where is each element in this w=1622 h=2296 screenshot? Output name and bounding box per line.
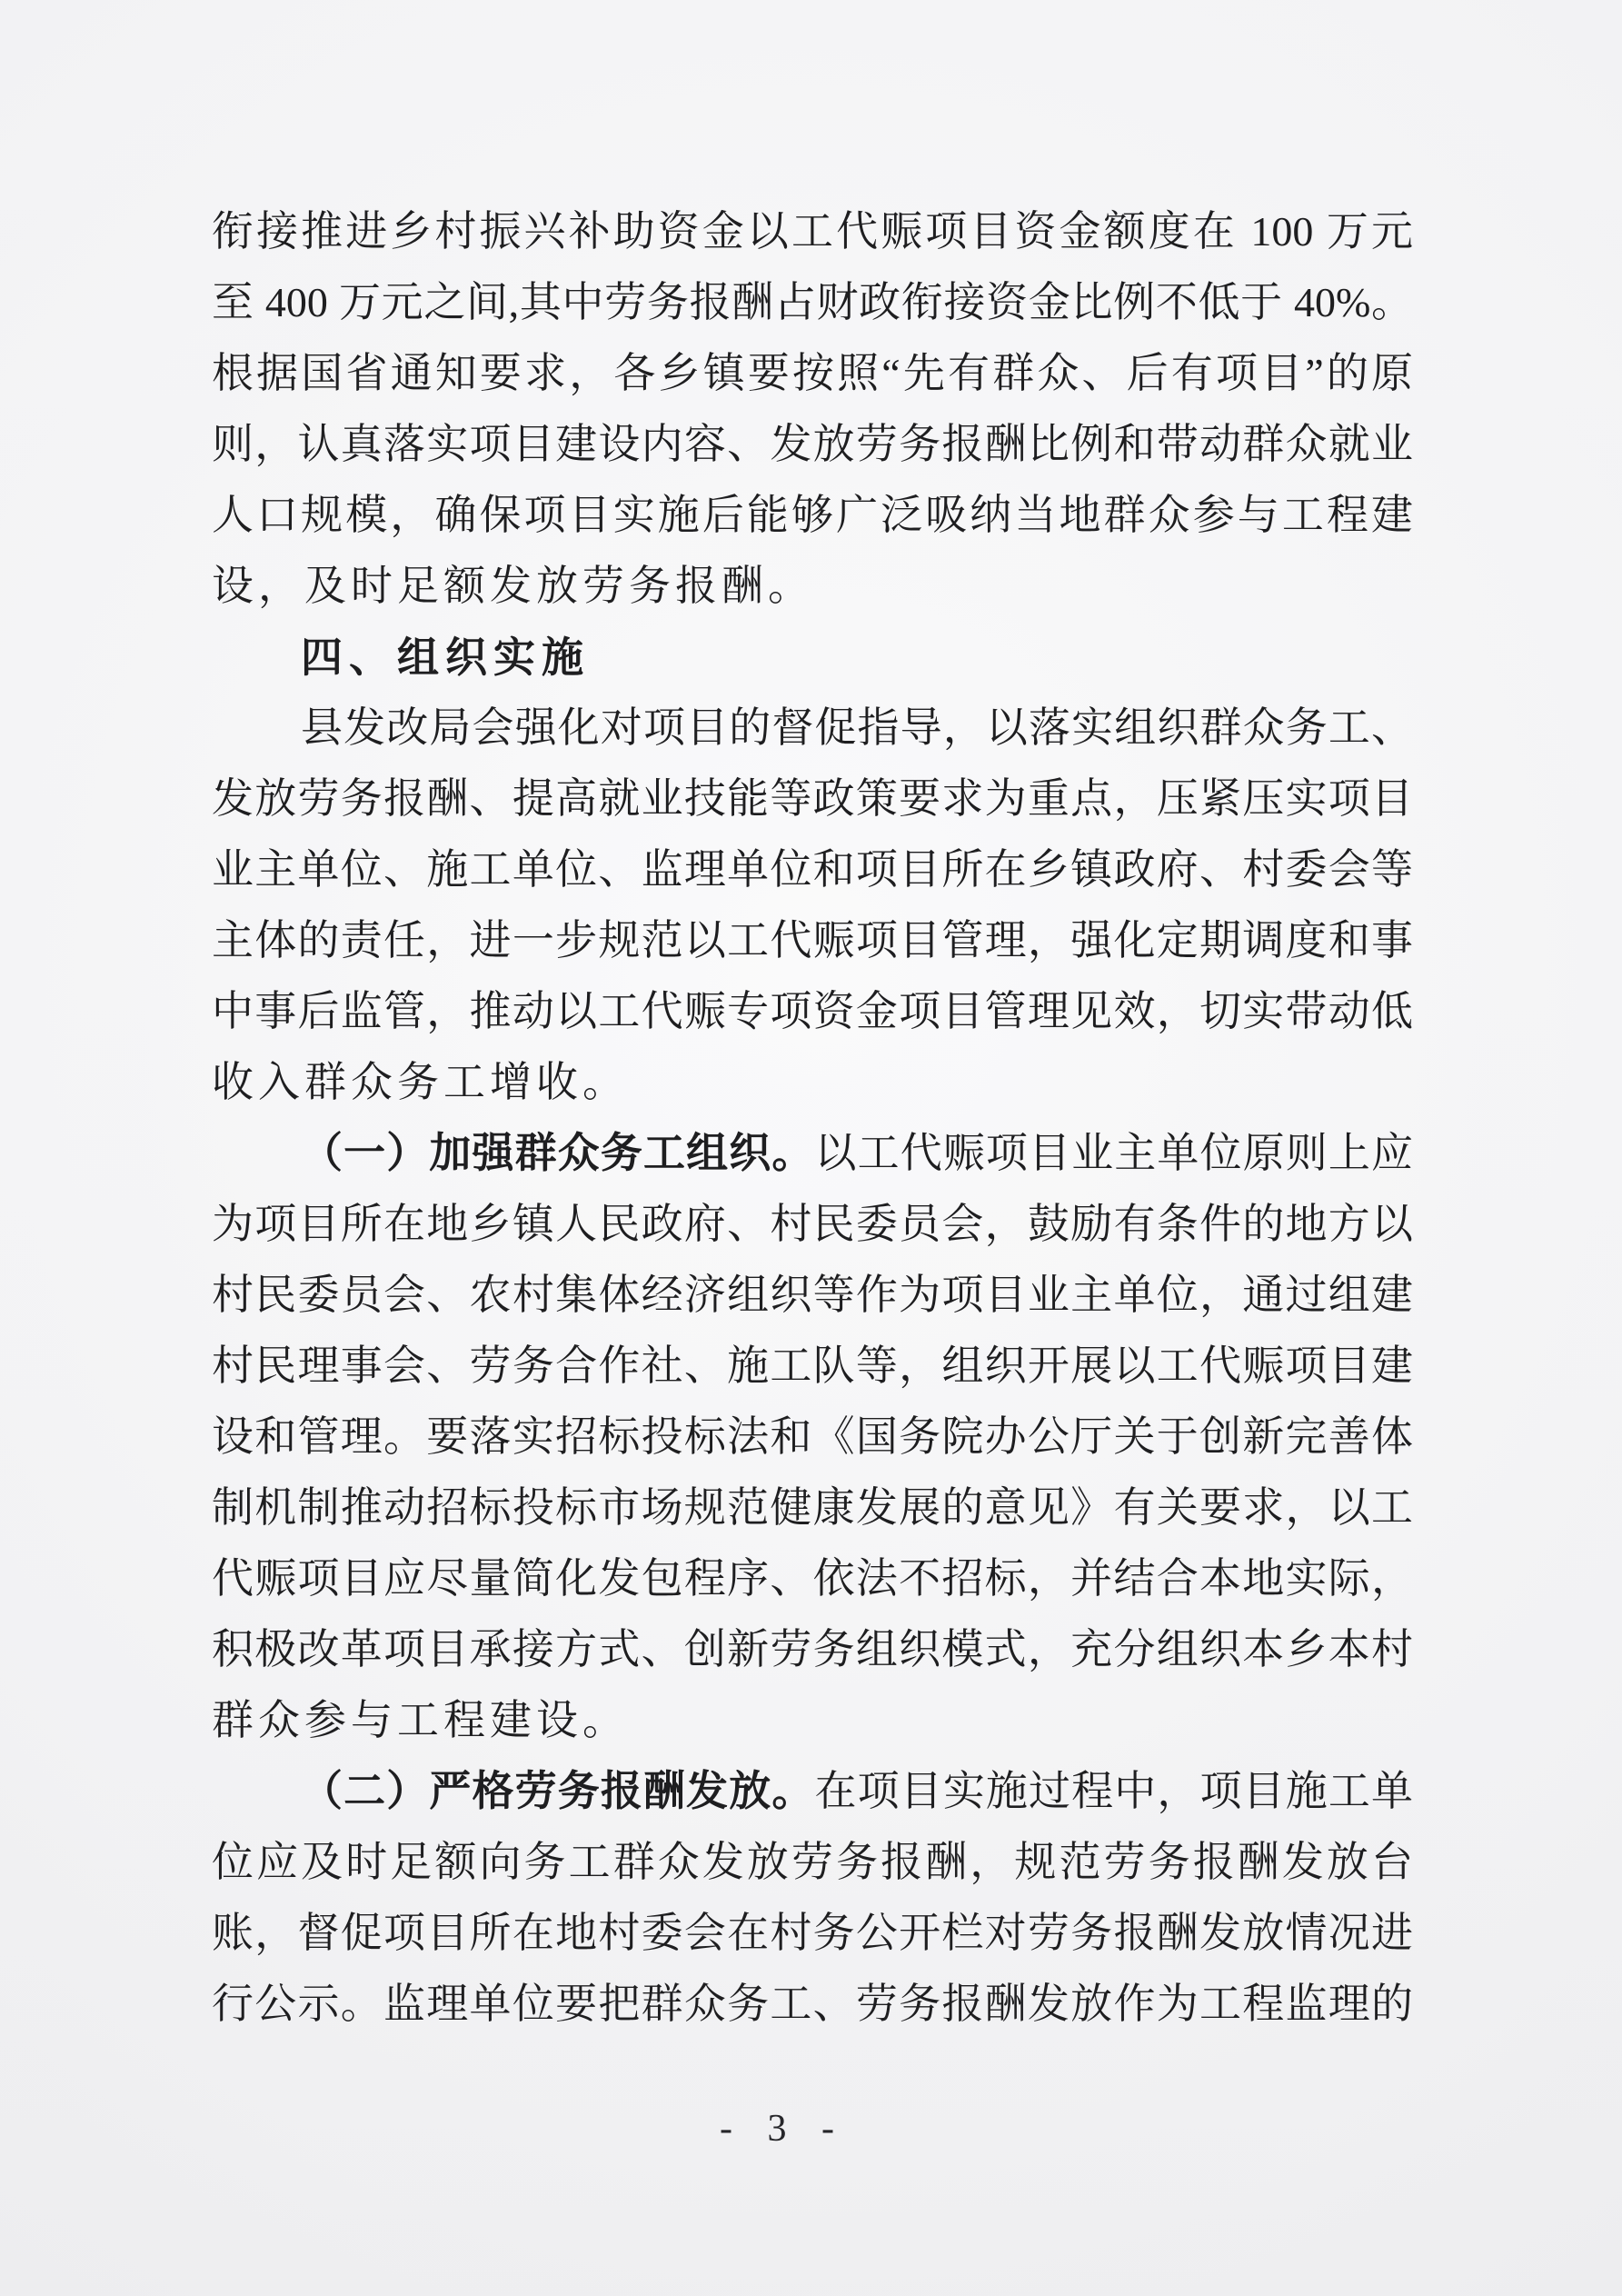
line-text: 中事后监管，推动以工代赈专项资金项目管理见效，切实带动低 bbox=[212, 988, 1413, 1034]
text-line: 代赈项目应尽量简化发包程序、依法不招标，并结合本地实际， bbox=[212, 1543, 1413, 1614]
line-text: 积极改革项目承接方式、创新劳务组织模式，充分组织本乡本村 bbox=[212, 1626, 1413, 1672]
text-line: （二）严格劳务报酬发放。在项目实施过程中，项目施工单 bbox=[212, 1756, 1413, 1827]
line-text: 位应及时足额向务工群众发放劳务报酬，规范劳务报酬发放台 bbox=[212, 1839, 1413, 1885]
line-text: 业主单位、施工单位、监理单位和项目所在乡镇政府、村委会等 bbox=[212, 846, 1413, 893]
line-text: 根据国省通知要求，各乡镇要按照“先有群众、后有项目”的原 bbox=[212, 350, 1413, 396]
text-line: 设和管理。要落实招标投标法和《国务院办公厅关于创新完善体 bbox=[212, 1402, 1413, 1472]
text-line: 账，督促项目所在地村委会在村务公开栏对劳务报酬发放情况进 bbox=[212, 1898, 1413, 1969]
line-text: 设，及时足额发放劳务报酬。 bbox=[212, 563, 814, 609]
text-line: 业主单位、施工单位、监理单位和项目所在乡镇政府、村委会等 bbox=[212, 834, 1413, 905]
text-line: 根据国省通知要求，各乡镇要按照“先有群众、后有项目”的原 bbox=[212, 338, 1413, 409]
line-text: 主体的责任，进一步规范以工代赈项目管理，强化定期调度和事 bbox=[212, 917, 1413, 963]
bold-lead-text: （二）严格劳务报酬发放。 bbox=[301, 1768, 814, 1814]
line-text: 账，督促项目所在地村委会在村务公开栏对劳务报酬发放情况进 bbox=[212, 1910, 1413, 1956]
text-line: 制机制推动招标投标市场规范健康发展的意见》有关要求，以工 bbox=[212, 1472, 1413, 1543]
text-line: 则，认真落实项目建设内容、发放劳务报酬比例和带动群众就业 bbox=[212, 409, 1413, 480]
text-line: 为项目所在地乡镇人民政府、村民委员会，鼓励有条件的地方以 bbox=[212, 1189, 1413, 1260]
line-text: 群众参与工程建设。 bbox=[212, 1697, 629, 1743]
line-text: 行公示。监理单位要把群众务工、劳务报酬发放作为工程监理的 bbox=[212, 1981, 1413, 2027]
line-text: 衔接推进乡村振兴补助资金以工代赈项目资金额度在 100 万元 bbox=[212, 208, 1413, 255]
line-text: 人口规模，确保项目实施后能够广泛吸纳当地群众参与工程建 bbox=[212, 492, 1413, 538]
text-line: 发放劳务报酬、提高就业技能等政策要求为重点，压紧压实项目 bbox=[212, 764, 1413, 834]
line-text: 县发改局会强化对项目的督促指导，以落实组织群众务工、 bbox=[301, 704, 1413, 751]
document-body: 衔接推进乡村振兴补助资金以工代赈项目资金额度在 100 万元至 400 万元之间… bbox=[212, 196, 1413, 2040]
document-page: 衔接推进乡村振兴补助资金以工代赈项目资金额度在 100 万元至 400 万元之间… bbox=[0, 0, 1622, 2296]
line-text: 代赈项目应尽量简化发包程序、依法不招标，并结合本地实际， bbox=[212, 1555, 1413, 1602]
text-line: 主体的责任，进一步规范以工代赈项目管理，强化定期调度和事 bbox=[212, 905, 1413, 976]
line-text: 发放劳务报酬、提高就业技能等政策要求为重点，压紧压实项目 bbox=[212, 775, 1413, 822]
line-text: 村民理事会、劳务合作社、施工队等，组织开展以工代赈项目建 bbox=[212, 1343, 1413, 1389]
line-text: 至 400 万元之间,其中劳务报酬占财政衔接资金比例不低于 40%。 bbox=[212, 279, 1413, 325]
text-line: 位应及时足额向务工群众发放劳务报酬，规范劳务报酬发放台 bbox=[212, 1827, 1413, 1898]
line-text: 村民委员会、农村集体经济组织等作为项目业主单位，通过组建 bbox=[212, 1272, 1413, 1318]
line-text: 在项目实施过程中，项目施工单 bbox=[814, 1768, 1413, 1814]
bold-lead-text: （一）加强群众务工组织。 bbox=[301, 1130, 814, 1176]
text-line: 群众参与工程建设。 bbox=[212, 1685, 1413, 1756]
line-text: 收入群众务工增收。 bbox=[212, 1059, 629, 1105]
line-text: 设和管理。要落实招标投标法和《国务院办公厅关于创新完善体 bbox=[212, 1413, 1413, 1460]
section-heading: 四、组织实施 bbox=[301, 634, 590, 681]
line-text: 以工代赈项目业主单位原则上应 bbox=[814, 1130, 1413, 1176]
line-text: 为项目所在地乡镇人民政府、村民委员会，鼓励有条件的地方以 bbox=[212, 1201, 1413, 1247]
text-line: 人口规模，确保项目实施后能够广泛吸纳当地群众参与工程建 bbox=[212, 480, 1413, 551]
text-line: 县发改局会强化对项目的督促指导，以落实组织群众务工、 bbox=[212, 693, 1413, 764]
text-line: 积极改革项目承接方式、创新劳务组织模式，充分组织本乡本村 bbox=[212, 1614, 1413, 1685]
text-line: 行公示。监理单位要把群众务工、劳务报酬发放作为工程监理的 bbox=[212, 1969, 1413, 2040]
line-text: 制机制推动招标投标市场规范健康发展的意见》有关要求，以工 bbox=[212, 1484, 1413, 1531]
line-text: 则，认真落实项目建设内容、发放劳务报酬比例和带动群众就业 bbox=[212, 421, 1413, 467]
page-number: - 3 - bbox=[212, 2101, 1355, 2156]
text-line: （一）加强群众务工组织。以工代赈项目业主单位原则上应 bbox=[212, 1118, 1413, 1189]
text-line: 村民委员会、农村集体经济组织等作为项目业主单位，通过组建 bbox=[212, 1260, 1413, 1331]
text-line: 设，及时足额发放劳务报酬。 bbox=[212, 551, 1413, 622]
text-line: 收入群众务工增收。 bbox=[212, 1047, 1413, 1118]
text-line: 中事后监管，推动以工代赈专项资金项目管理见效，切实带动低 bbox=[212, 976, 1413, 1047]
section-heading-line: 四、组织实施 bbox=[212, 622, 1413, 693]
text-line: 衔接推进乡村振兴补助资金以工代赈项目资金额度在 100 万元 bbox=[212, 196, 1413, 267]
text-line: 至 400 万元之间,其中劳务报酬占财政衔接资金比例不低于 40%。 bbox=[212, 267, 1413, 338]
text-line: 村民理事会、劳务合作社、施工队等，组织开展以工代赈项目建 bbox=[212, 1331, 1413, 1402]
